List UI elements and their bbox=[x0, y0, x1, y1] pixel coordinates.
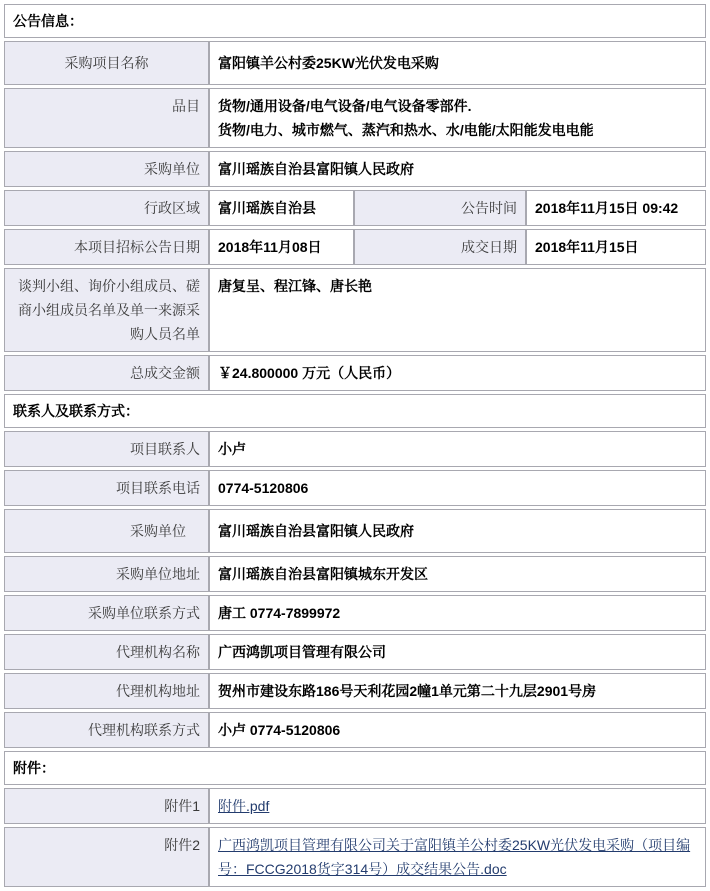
publish-time-value: 2018年11月15日 09:42 bbox=[526, 190, 706, 226]
row-project-phone: 项目联系电话 0774-5120806 bbox=[4, 470, 706, 506]
purchaser-contact-value: 唐工 0774-7899972 bbox=[209, 595, 706, 631]
agency-contact-value: 小卢 0774-5120806 bbox=[209, 712, 706, 748]
row-total-amount: 总成交金额 ￥24.800000 万元（人民币） bbox=[4, 355, 706, 391]
project-name-label: 采购项目名称 bbox=[4, 41, 209, 85]
procurement-announcement-page: 公告信息： 采购项目名称 富阳镇羊公村委25KW光伏发电采购 品目 货物/通用设… bbox=[4, 4, 706, 887]
publish-time-label: 公告时间 bbox=[354, 190, 526, 226]
attachment2-label: 附件2 bbox=[4, 827, 209, 887]
attachment2-cell: 广西鸿凯项目管理有限公司关于富阳镇羊公村委25KW光伏发电采购（项目编号：FCC… bbox=[209, 827, 706, 887]
project-phone-value: 0774-5120806 bbox=[209, 470, 706, 506]
row-purchaser-address: 采购单位地址 富川瑶族自治县富阳镇城东开发区 bbox=[4, 556, 706, 592]
contact-section-header: 联系人及联系方式： bbox=[4, 394, 706, 428]
agency-name-value: 广西鸿凯项目管理有限公司 bbox=[209, 634, 706, 670]
project-contact-label: 项目联系人 bbox=[4, 431, 209, 467]
row-region-publish-time: 行政区域 富川瑶族自治县 公告时间 2018年11月15日 09:42 bbox=[4, 190, 706, 226]
purchaser-contact-label: 采购单位联系方式 bbox=[4, 595, 209, 631]
row-attachment-1: 附件1 附件.pdf bbox=[4, 788, 706, 824]
purchaser-address-label: 采购单位地址 bbox=[4, 556, 209, 592]
agency-name-label: 代理机构名称 bbox=[4, 634, 209, 670]
category-label: 品目 bbox=[4, 88, 209, 148]
row-project-contact: 项目联系人 小卢 bbox=[4, 431, 706, 467]
project-name-value: 富阳镇羊公村委25KW光伏发电采购 bbox=[209, 41, 706, 85]
agency-address-label: 代理机构地址 bbox=[4, 673, 209, 709]
row-category: 品目 货物/通用设备/电气设备/电气设备零部件. 货物/电力、城市燃气、蒸汽和热… bbox=[4, 88, 706, 148]
row-agency-contact: 代理机构联系方式 小卢 0774-5120806 bbox=[4, 712, 706, 748]
category-value: 货物/通用设备/电气设备/电气设备零部件. 货物/电力、城市燃气、蒸汽和热水、水… bbox=[209, 88, 706, 148]
attachment1-cell: 附件.pdf bbox=[209, 788, 706, 824]
deal-date-value: 2018年11月15日 bbox=[526, 229, 706, 265]
row-panel-members: 谈判小组、询价小组成员、磋商小组成员名单及单一来源采购人员名单 唐复呈、程江锋、… bbox=[4, 268, 706, 352]
agency-address-value: 贺州市建设东路186号天利花园2幢1单元第二十九层2901号房 bbox=[209, 673, 706, 709]
region-label: 行政区域 bbox=[4, 190, 209, 226]
attachment2-link[interactable]: 广西鸿凯项目管理有限公司关于富阳镇羊公村委25KW光伏发电采购（项目编号：FCC… bbox=[218, 837, 690, 877]
row-attachment-2: 附件2 广西鸿凯项目管理有限公司关于富阳镇羊公村委25KW光伏发电采购（项目编号… bbox=[4, 827, 706, 887]
row-agency-name: 代理机构名称 广西鸿凯项目管理有限公司 bbox=[4, 634, 706, 670]
purchaser-address-value: 富川瑶族自治县富阳镇城东开发区 bbox=[209, 556, 706, 592]
tender-date-label: 本项目招标公告日期 bbox=[4, 229, 209, 265]
attachment1-label: 附件1 bbox=[4, 788, 209, 824]
row-contact-purchaser: 采购单位 富川瑶族自治县富阳镇人民政府 bbox=[4, 509, 706, 553]
panel-members-value: 唐复呈、程江锋、唐长艳 bbox=[209, 268, 706, 352]
total-amount-label: 总成交金额 bbox=[4, 355, 209, 391]
purchaser-label: 采购单位 bbox=[4, 151, 209, 187]
contact-purchaser-value: 富川瑶族自治县富阳镇人民政府 bbox=[209, 509, 706, 553]
announcement-section-header: 公告信息： bbox=[4, 4, 706, 38]
tender-date-value: 2018年11月08日 bbox=[209, 229, 354, 265]
panel-members-label: 谈判小组、询价小组成员、磋商小组成员名单及单一来源采购人员名单 bbox=[4, 268, 209, 352]
purchaser-value: 富川瑶族自治县富阳镇人民政府 bbox=[209, 151, 706, 187]
row-purchaser: 采购单位 富川瑶族自治县富阳镇人民政府 bbox=[4, 151, 706, 187]
category-line-1: 货物/通用设备/电气设备/电气设备零部件. bbox=[218, 94, 697, 118]
category-line-2: 货物/电力、城市燃气、蒸汽和热水、水/电能/太阳能发电电能 bbox=[218, 118, 697, 142]
attachments-section-header: 附件： bbox=[4, 751, 706, 785]
project-contact-value: 小卢 bbox=[209, 431, 706, 467]
row-agency-address: 代理机构地址 贺州市建设东路186号天利花园2幢1单元第二十九层2901号房 bbox=[4, 673, 706, 709]
contact-purchaser-label: 采购单位 bbox=[4, 509, 209, 553]
row-purchaser-contact: 采购单位联系方式 唐工 0774-7899972 bbox=[4, 595, 706, 631]
agency-contact-label: 代理机构联系方式 bbox=[4, 712, 209, 748]
row-tender-deal-date: 本项目招标公告日期 2018年11月08日 成交日期 2018年11月15日 bbox=[4, 229, 706, 265]
project-phone-label: 项目联系电话 bbox=[4, 470, 209, 506]
region-value: 富川瑶族自治县 bbox=[209, 190, 354, 226]
total-amount-value: ￥24.800000 万元（人民币） bbox=[209, 355, 706, 391]
row-project-name: 采购项目名称 富阳镇羊公村委25KW光伏发电采购 bbox=[4, 41, 706, 85]
deal-date-label: 成交日期 bbox=[354, 229, 526, 265]
attachment1-link[interactable]: 附件.pdf bbox=[218, 798, 269, 814]
